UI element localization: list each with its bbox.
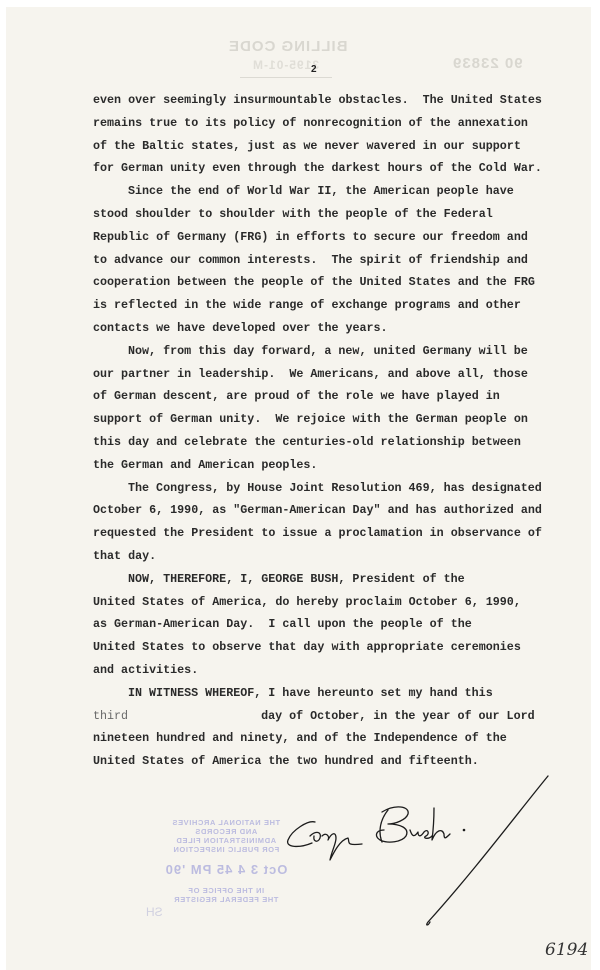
text-line: support of German unity. We rejoice with… xyxy=(93,408,553,431)
text-line: NOW, THEREFORE, I, GEORGE BUSH, Presiden… xyxy=(93,568,553,591)
text-line: October 6, 1990, as "German-American Day… xyxy=(93,499,553,522)
text-line: the German and American peoples. xyxy=(93,454,553,477)
text-line: of the Baltic states, just as we never w… xyxy=(93,135,553,158)
text-line: United States of America, do hereby proc… xyxy=(93,591,553,614)
filled-day: third xyxy=(93,709,128,723)
bleed-through-document-number: 90 23839 xyxy=(452,55,523,72)
text-line: for German unity even through the darkes… xyxy=(93,157,553,180)
text-line: our partner in leadership. We Americans,… xyxy=(93,363,553,386)
text-line: this day and celebrate the centuries-old… xyxy=(93,431,553,454)
bleed-through-underline xyxy=(240,77,332,78)
text-line: Now, from this day forward, a new, unite… xyxy=(93,340,553,363)
text-line: cooperation between the people of the Un… xyxy=(93,271,553,294)
witness-date-line: thirdday of October, in the year of our … xyxy=(93,705,553,728)
text-line: and activities. xyxy=(93,659,553,682)
witness-line: nineteen hundred and ninety, and of the … xyxy=(93,727,553,750)
text-line: as German-American Day. I call upon the … xyxy=(93,613,553,636)
text-line: to advance our common interests. The spi… xyxy=(93,249,553,272)
text-line: remains true to its policy of nonrecogni… xyxy=(93,112,553,135)
bleed-through-billing-code: BILLING CODE xyxy=(228,38,348,55)
text-line: of German descent, are proud of the role… xyxy=(93,385,553,408)
witness-date-rest: day of October, in the year of our Lord xyxy=(261,709,535,723)
archive-number: 6194 xyxy=(545,940,588,960)
text-line: Since the end of World War II, the Ameri… xyxy=(93,180,553,203)
text-line: contacts we have developed over the year… xyxy=(93,317,553,340)
text-line: The Congress, by House Joint Resolution … xyxy=(93,477,553,500)
text-line: that day. xyxy=(93,545,553,568)
stamp-initials: SH xyxy=(146,905,163,919)
proclamation-body: even over seemingly insurmountable obsta… xyxy=(93,89,553,773)
page-number: 2 xyxy=(311,64,317,75)
text-line: is reflected in the wide range of exchan… xyxy=(93,294,553,317)
text-line: requested the President to issue a procl… xyxy=(93,522,553,545)
text-line: Republic of Germany (FRG) in efforts to … xyxy=(93,226,553,249)
text-line: even over seemingly insurmountable obsta… xyxy=(93,89,553,112)
witness-line: IN WITNESS WHEREOF, I have hereunto set … xyxy=(93,682,553,705)
text-line: United States to observe that day with a… xyxy=(93,636,553,659)
text-line: stood shoulder to shoulder with the peop… xyxy=(93,203,553,226)
signature xyxy=(270,770,570,930)
bleed-through-billing-number: 3195-01-M xyxy=(252,58,319,72)
